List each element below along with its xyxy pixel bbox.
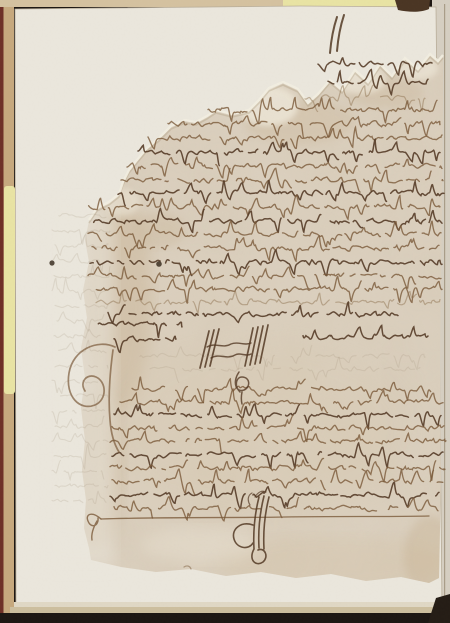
scan-stage: Scanned early-modern manuscript leaf bbox=[0, 0, 450, 623]
scan-grain bbox=[0, 0, 450, 623]
manuscript-scan bbox=[0, 0, 450, 623]
